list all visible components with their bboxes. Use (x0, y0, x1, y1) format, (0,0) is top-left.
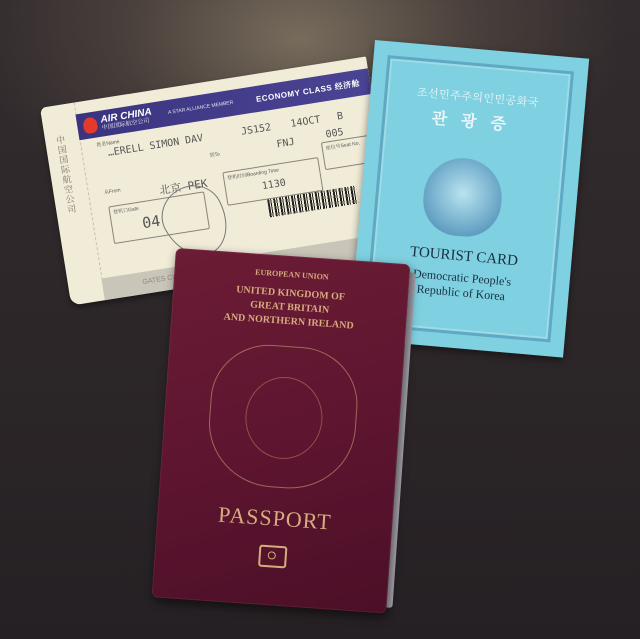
crest-shield (243, 374, 326, 461)
destination: FNJ (276, 137, 296, 151)
gate-number: 04 (141, 212, 162, 233)
stub-text: 中国国际航空公司 (53, 134, 79, 215)
alliance-text: A STAR ALLIANCE MEMBER (168, 100, 234, 116)
passport: EUROPEAN UNION UNITED KINGDOM OF GREAT B… (152, 248, 411, 614)
biometric-chip-icon (258, 545, 287, 569)
boarding-time: 1130 (261, 178, 287, 193)
to-label: 到To (209, 151, 220, 160)
flight-number: JS152 (240, 122, 271, 138)
from-label: 从From (103, 186, 121, 196)
photo-scene: 中国国际航空公司 AIR CHINA 中国国际航空公司 A STAR ALLIA… (0, 0, 640, 639)
royal-coat-of-arms-icon (205, 341, 362, 493)
airline-logo: AIR CHINA 中国国际航空公司 (82, 107, 153, 135)
phoenix-logo-icon (82, 116, 98, 134)
cabin-class: ECONOMY CLASS 经济舱 (255, 77, 361, 104)
flight-date: 14OCT (290, 114, 321, 130)
gate-label: 登机口Gate (113, 205, 140, 216)
seat-label: 座位号Seat No. (325, 139, 360, 151)
passport-title: PASSPORT (157, 497, 393, 539)
seat-class: B (336, 111, 344, 123)
passenger-name: …ERELL SIMON DAV (107, 133, 204, 159)
